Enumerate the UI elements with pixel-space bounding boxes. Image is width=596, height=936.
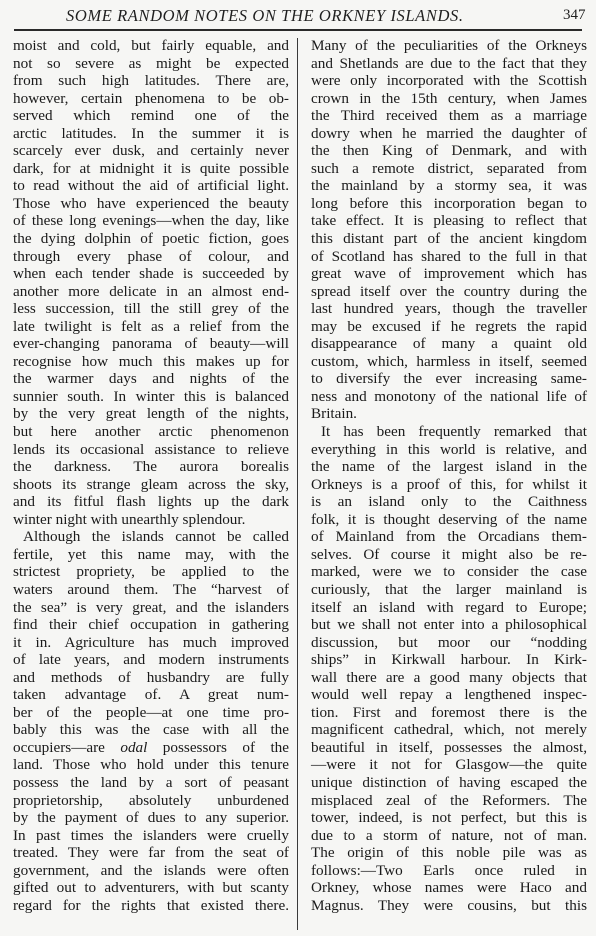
text-line: lends its occasional assistance to relie… (13, 441, 289, 459)
text-line: ber of the people—at one time pro- (13, 704, 289, 722)
text-line: Britain. (311, 405, 587, 423)
text-line: through every phase of colour, and (13, 248, 289, 266)
text-line: the then King of Denmark, and with (311, 142, 587, 160)
text-line: the mainland by a stormy sea, it was (311, 177, 587, 195)
text-line: shoots its strange gleam across the sky, (13, 476, 289, 494)
text-line: the dying dolphin of poetic fiction, goe… (13, 230, 289, 248)
text-line: winter night with unearthly splendour. (13, 511, 289, 529)
running-title: SOME RANDOM NOTES ON THE ORKNEY ISLANDS. (66, 6, 464, 26)
text-line: and methods of husbandry are fully (13, 669, 289, 687)
paragraph-start-line: Although the islands cannot be called (13, 528, 289, 546)
text-line: last hundred years, though the traveller (311, 300, 587, 318)
text-line: when each tender shade is succeeded by (13, 265, 289, 283)
text-line: and its fitful flash lights up the dark (13, 493, 289, 511)
text-line: proprietorship, absolutely unburdened (13, 792, 289, 810)
text-line: custom, which, harmless in itself, seeme… (311, 353, 587, 371)
text-line: tion. First and foremost there is the (311, 704, 587, 722)
text-line: —were it not for Glasgow—the quite (311, 756, 587, 774)
page-number: 347 (563, 7, 586, 24)
text-line: Orkneys is a proof of this, for whilst i… (311, 476, 587, 494)
text-line: bably this was the case with all the (13, 721, 289, 739)
paragraph-start-line: It has been frequently remarked that (311, 423, 587, 441)
odal-line: occupiers—are odal possessors of the (13, 739, 289, 757)
header-rule (14, 29, 582, 31)
text-line: tower, indeed, is not perfect, but this … (311, 809, 587, 827)
left-column: moist and cold, but fairly equable, and … (13, 37, 289, 914)
text-line: land. Those who hold under this tenure (13, 756, 289, 774)
text-line: selves. Of course it might also be re- (311, 546, 587, 564)
text-line: regard for the rights that existed there… (13, 897, 289, 915)
text-line: by the very great length of the nights, (13, 405, 289, 423)
text-line: by the payment of dues to any superior. (13, 809, 289, 827)
text-line: from such high latitudes. There are, (13, 72, 289, 90)
text-line: of Scotland has shared to the full in th… (311, 248, 587, 266)
text-line: discussion, but moor our “nodding (311, 634, 587, 652)
column-divider (297, 38, 298, 930)
italic-term-odal: odal (120, 739, 147, 756)
text-line: ever-changing panorama of beauty—will (13, 335, 289, 353)
text-line: this distant part of the ancient kingdom (311, 230, 587, 248)
text-line: government, and the islands were often (13, 862, 289, 880)
text-line: taken advantage of. A great num- (13, 686, 289, 704)
text-line: the Third received them as a marriage (311, 107, 587, 125)
text-line: crown in the 15th century, when James (311, 90, 587, 108)
text-line: great wave of improvement which has (311, 265, 587, 283)
text-line: however, certain phenomena to be ob- (13, 90, 289, 108)
text-line: dark, for at midnight it is quite possib… (13, 160, 289, 178)
text-line: were only incorporated with the Scottish (311, 72, 587, 90)
text-line: curiously, that the larger mainland is (311, 581, 587, 599)
text-line: scarcely ever dusk, and certainly never (13, 142, 289, 160)
text-line: late twilight is felt as a relief from t… (13, 318, 289, 336)
text-line: gifted out to adventurers, with but scan… (13, 879, 289, 897)
text-segment: possessors of the (147, 739, 289, 756)
text-line: arctic latitudes. In the summer it is (13, 125, 289, 143)
text-line: the darkness. The aurora borealis (13, 458, 289, 476)
text-line: the name of the largest island in the (311, 458, 587, 476)
text-line: and Shetlands are due to the fact that t… (311, 55, 587, 73)
text-line: dowry when he married the daughter of (311, 125, 587, 143)
text-line: folk, it is thought deserving of the nam… (311, 511, 587, 529)
text-line: treated. They were far from the seat of (13, 844, 289, 862)
text-line: magnificent cathedral, which, not merely (311, 721, 587, 739)
text-line: the warmer days and nights of the (13, 370, 289, 388)
text-line: but here another arctic phenomenon (13, 423, 289, 441)
text-line: moist and cold, but fairly equable, and (13, 37, 289, 55)
right-column: Many of the peculiarities of the Orkneys… (311, 37, 587, 914)
text-line: Magnus. They were cousins, but this (311, 897, 587, 915)
text-line: waters around them. The “harvest of (13, 581, 289, 599)
text-line: Many of the peculiarities of the Orkneys (311, 37, 587, 55)
page-header: SOME RANDOM NOTES ON THE ORKNEY ISLANDS.… (0, 0, 596, 30)
text-line: less succession, till the still grey of … (13, 300, 289, 318)
text-line: In past times the islanders were cruelly (13, 827, 289, 845)
text-line: to diversify the ever increasing same- (311, 370, 587, 388)
text-line: possess the land by a sort of peasant (13, 774, 289, 792)
text-line: such a remote district, separated from (311, 160, 587, 178)
text-line: unique distinction of having escaped the (311, 774, 587, 792)
text-line: everything in this world is relative, an… (311, 441, 587, 459)
text-line: ness and monotony of the national life o… (311, 388, 587, 406)
text-line: of these long evenings—when the day, lik… (13, 212, 289, 230)
text-line: Those who have experienced the beauty (13, 195, 289, 213)
text-line: wall there are a good many objects that (311, 669, 587, 687)
text-line: marked, were we to consider the case (311, 563, 587, 581)
text-line: strictest propriety, be applied to the (13, 563, 289, 581)
text-line: another more delicate in an almost end- (13, 283, 289, 301)
text-line: follows:—Two Earls once ruled in (311, 862, 587, 880)
text-line: may be excused if he regrets the rapid (311, 318, 587, 336)
text-line: disappearance of many a quaint old (311, 335, 587, 353)
text-line: of Mainland from the Orcadians them- (311, 528, 587, 546)
text-line: spread itself over the country during th… (311, 283, 587, 301)
text-line: ships” in Kirkwall harbour. In Kirk- (311, 651, 587, 669)
text-line: is an island only to the Caithness (311, 493, 587, 511)
text-line: served which remind one of the (13, 107, 289, 125)
text-segment: occupiers—are (13, 739, 120, 756)
text-line: Orkney, whose names were Haco and (311, 879, 587, 897)
text-line: due to a storm of nature, not of man. (311, 827, 587, 845)
text-line: misplaced zeal of the Reformers. The (311, 792, 587, 810)
text-line: sunnier south. In winter this is balance… (13, 388, 289, 406)
text-line: to read without the aid of artificial li… (13, 177, 289, 195)
text-line: would well repay a lengthened inspec- (311, 686, 587, 704)
text-line: of late years, and modern instruments (13, 651, 289, 669)
text-line: it in. Agriculture has much improved (13, 634, 289, 652)
text-line: take effect. It is pleasing to reflect t… (311, 212, 587, 230)
text-line: recognise how much this makes up for (13, 353, 289, 371)
text-line: find their chief occupation in gathering (13, 616, 289, 634)
text-line: fertile, yet this name may, with the (13, 546, 289, 564)
text-line: not so severe as might be expected (13, 55, 289, 73)
text-line: but we shall not enter into a philosophi… (311, 616, 587, 634)
text-line: beautiful in itself, possesses the almos… (311, 739, 587, 757)
text-line: long before this incorporation began to (311, 195, 587, 213)
text-line: itself an island with regard to Europe; (311, 599, 587, 617)
text-line: The origin of this noble pile was as (311, 844, 587, 862)
text-line: the sea” is very great, and the islander… (13, 599, 289, 617)
